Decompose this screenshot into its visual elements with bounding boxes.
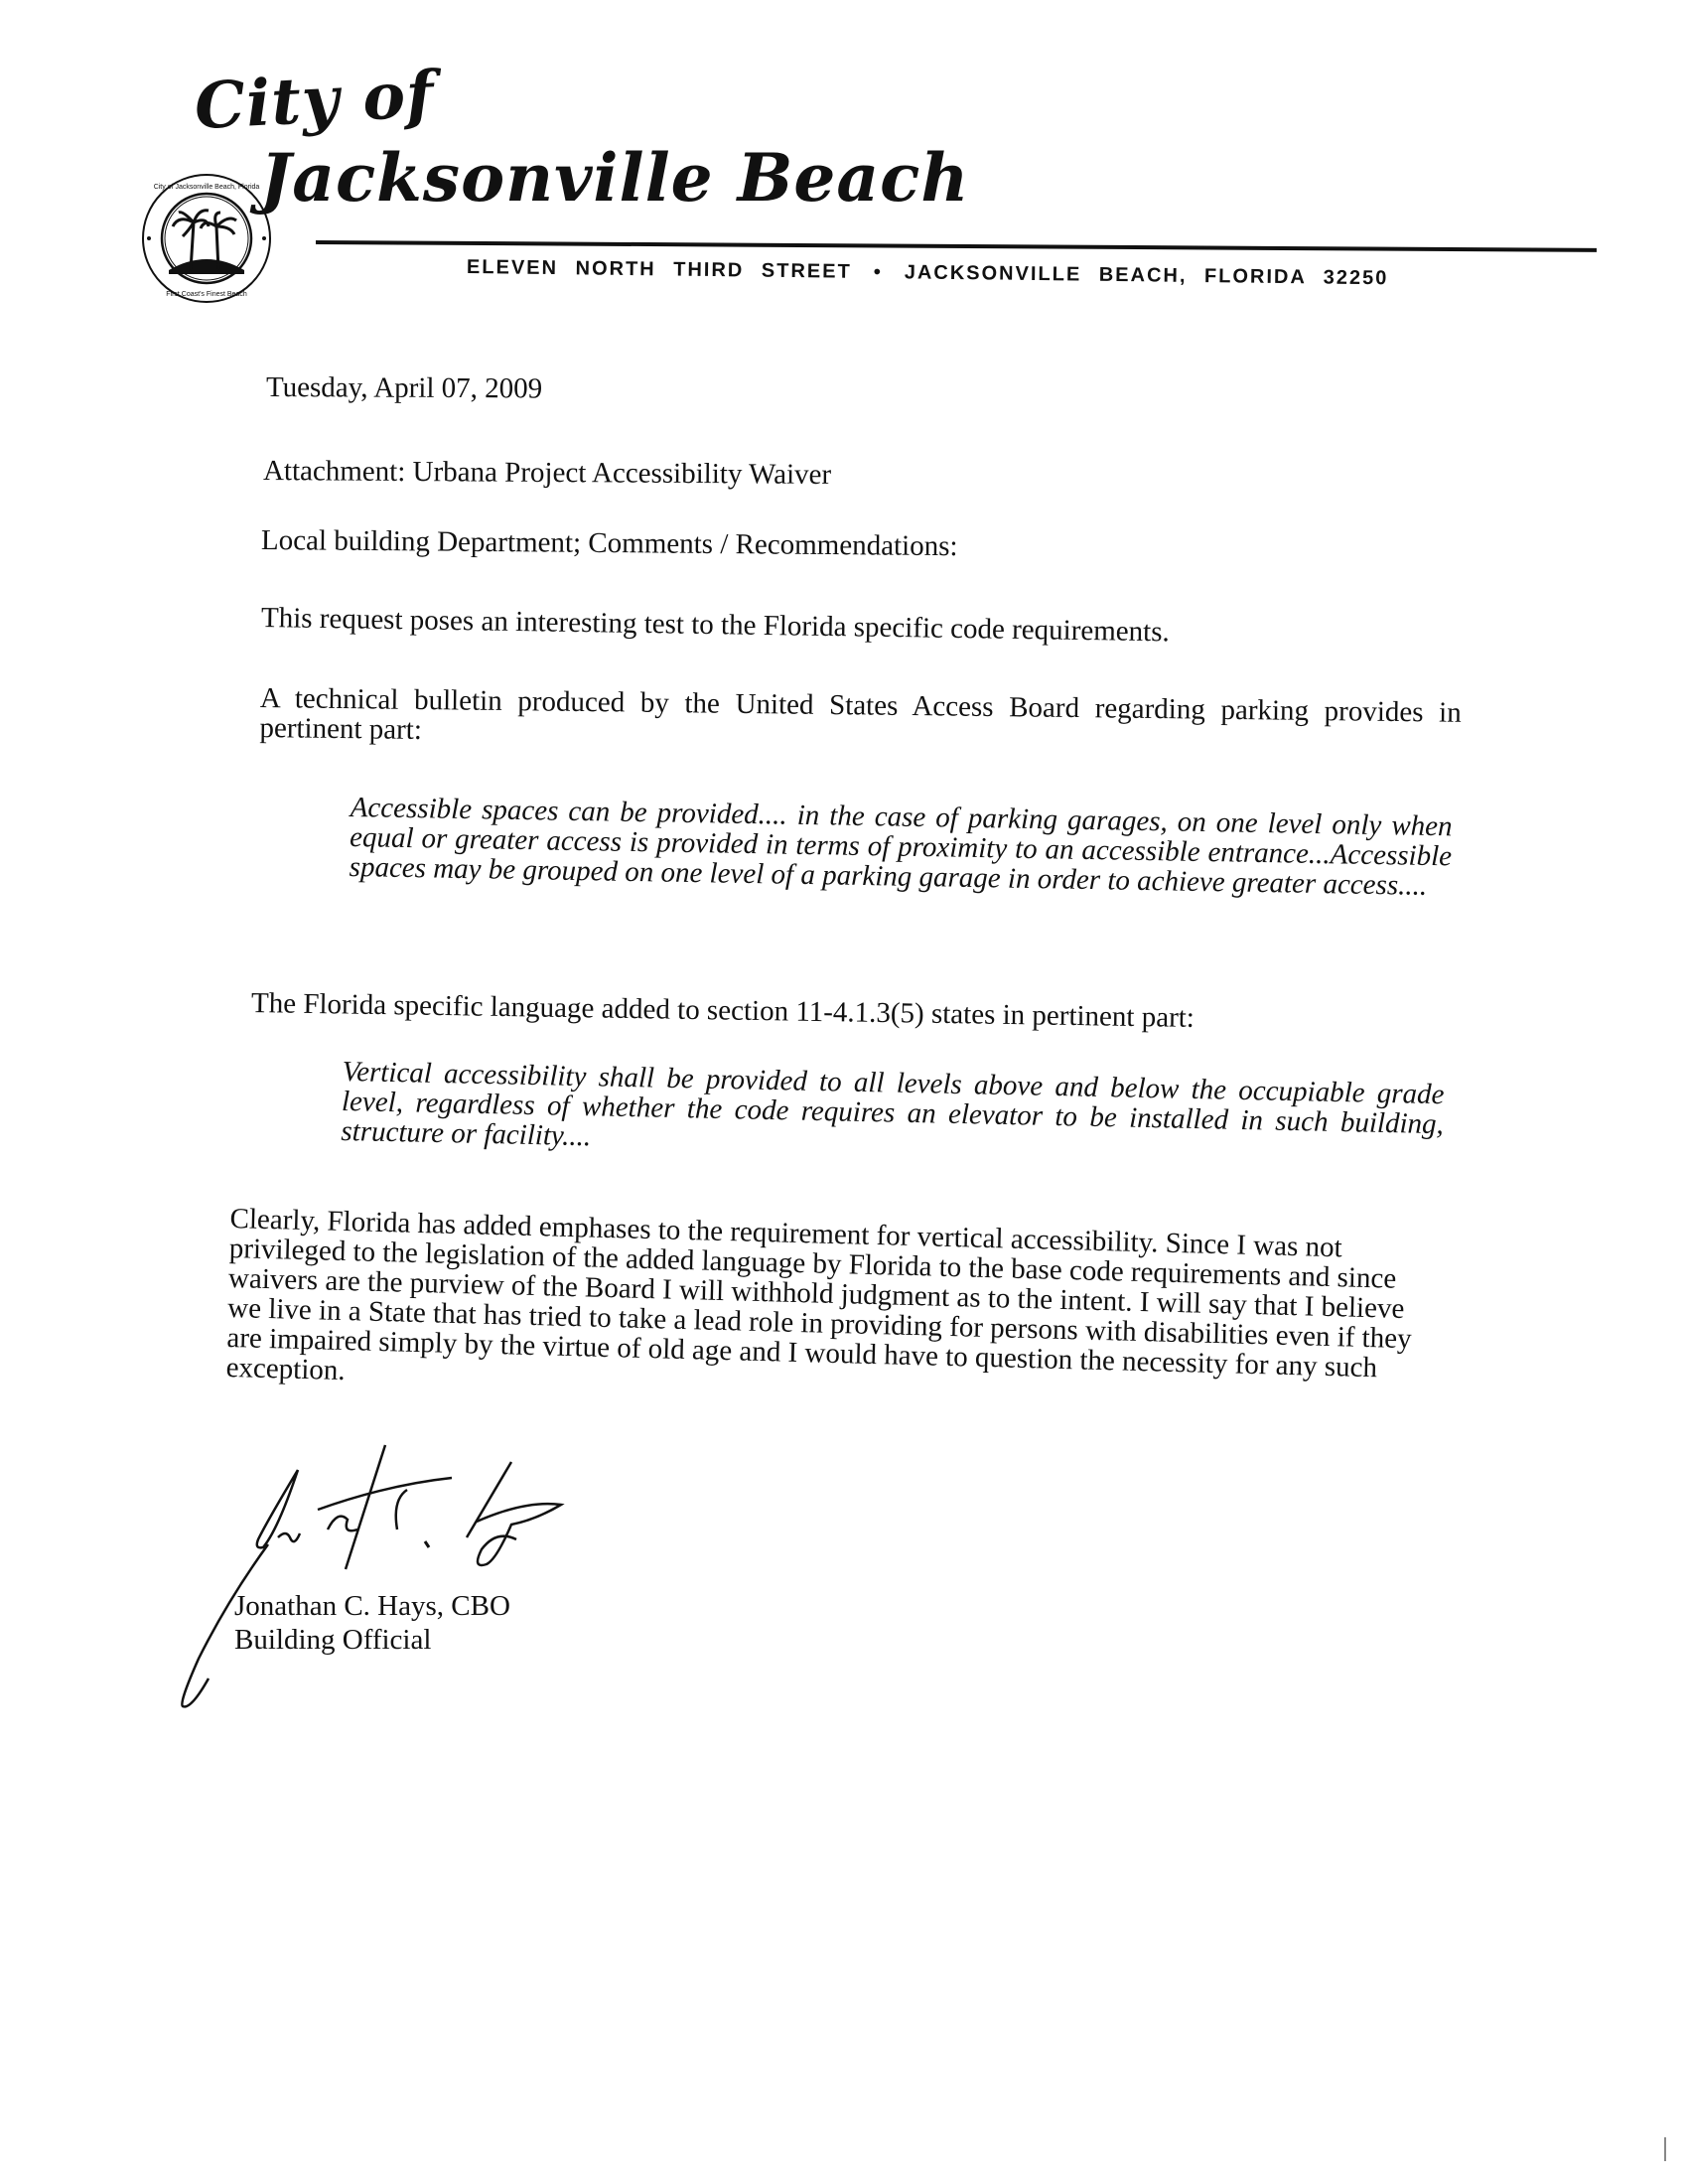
handwritten-signature-icon	[169, 1430, 665, 1728]
letterhead-address: ELEVEN NORTH THIRD STREET•JACKSONVILLE B…	[467, 256, 1389, 290]
letterhead-city-name: Jacksonville Beach	[260, 139, 969, 217]
letterhead-city-of: City of	[193, 58, 436, 145]
signer-title: Building Official	[234, 1623, 431, 1657]
florida-code-quote: Vertical accessibility shall be provided…	[341, 1057, 1445, 1169]
address-street: ELEVEN NORTH THIRD STREET	[467, 256, 852, 283]
access-board-quote: Accessible spaces can be provided.... in…	[349, 793, 1452, 901]
letter-attachment: Attachment: Urbana Project Accessibility…	[263, 457, 831, 490]
address-city: JACKSONVILLE BEACH, FLORIDA 32250	[905, 261, 1389, 289]
letter-closing-paragraph: Clearly, Florida has added emphases to t…	[225, 1204, 1431, 1414]
signer-name: Jonathan C. Hays, CBO	[234, 1589, 510, 1623]
letter-florida-intro: The Florida specific language added to s…	[251, 989, 1195, 1033]
letterhead-rule	[316, 240, 1597, 252]
svg-text:First Coast's Finest Beach: First Coast's Finest Beach	[166, 291, 247, 298]
letter-department: Local building Department; Comments / Re…	[261, 526, 958, 561]
letter-bulletin-paragraph: A technical bulletin produced by the Uni…	[259, 683, 1462, 758]
letter-page: City of Jacksonville Beach, Florida Firs…	[0, 0, 1688, 2184]
svg-text:City of Jacksonville Beach, Fl: City of Jacksonville Beach, Florida	[154, 184, 260, 191]
city-seal-icon: City of Jacksonville Beach, Florida Firs…	[139, 171, 274, 306]
scan-artifact-mark	[1664, 2137, 1666, 2161]
address-separator: •	[874, 261, 883, 283]
letter-intro: This request poses an interesting test t…	[261, 604, 1170, 647]
letter-date: Tuesday, April 07, 2009	[266, 373, 542, 403]
